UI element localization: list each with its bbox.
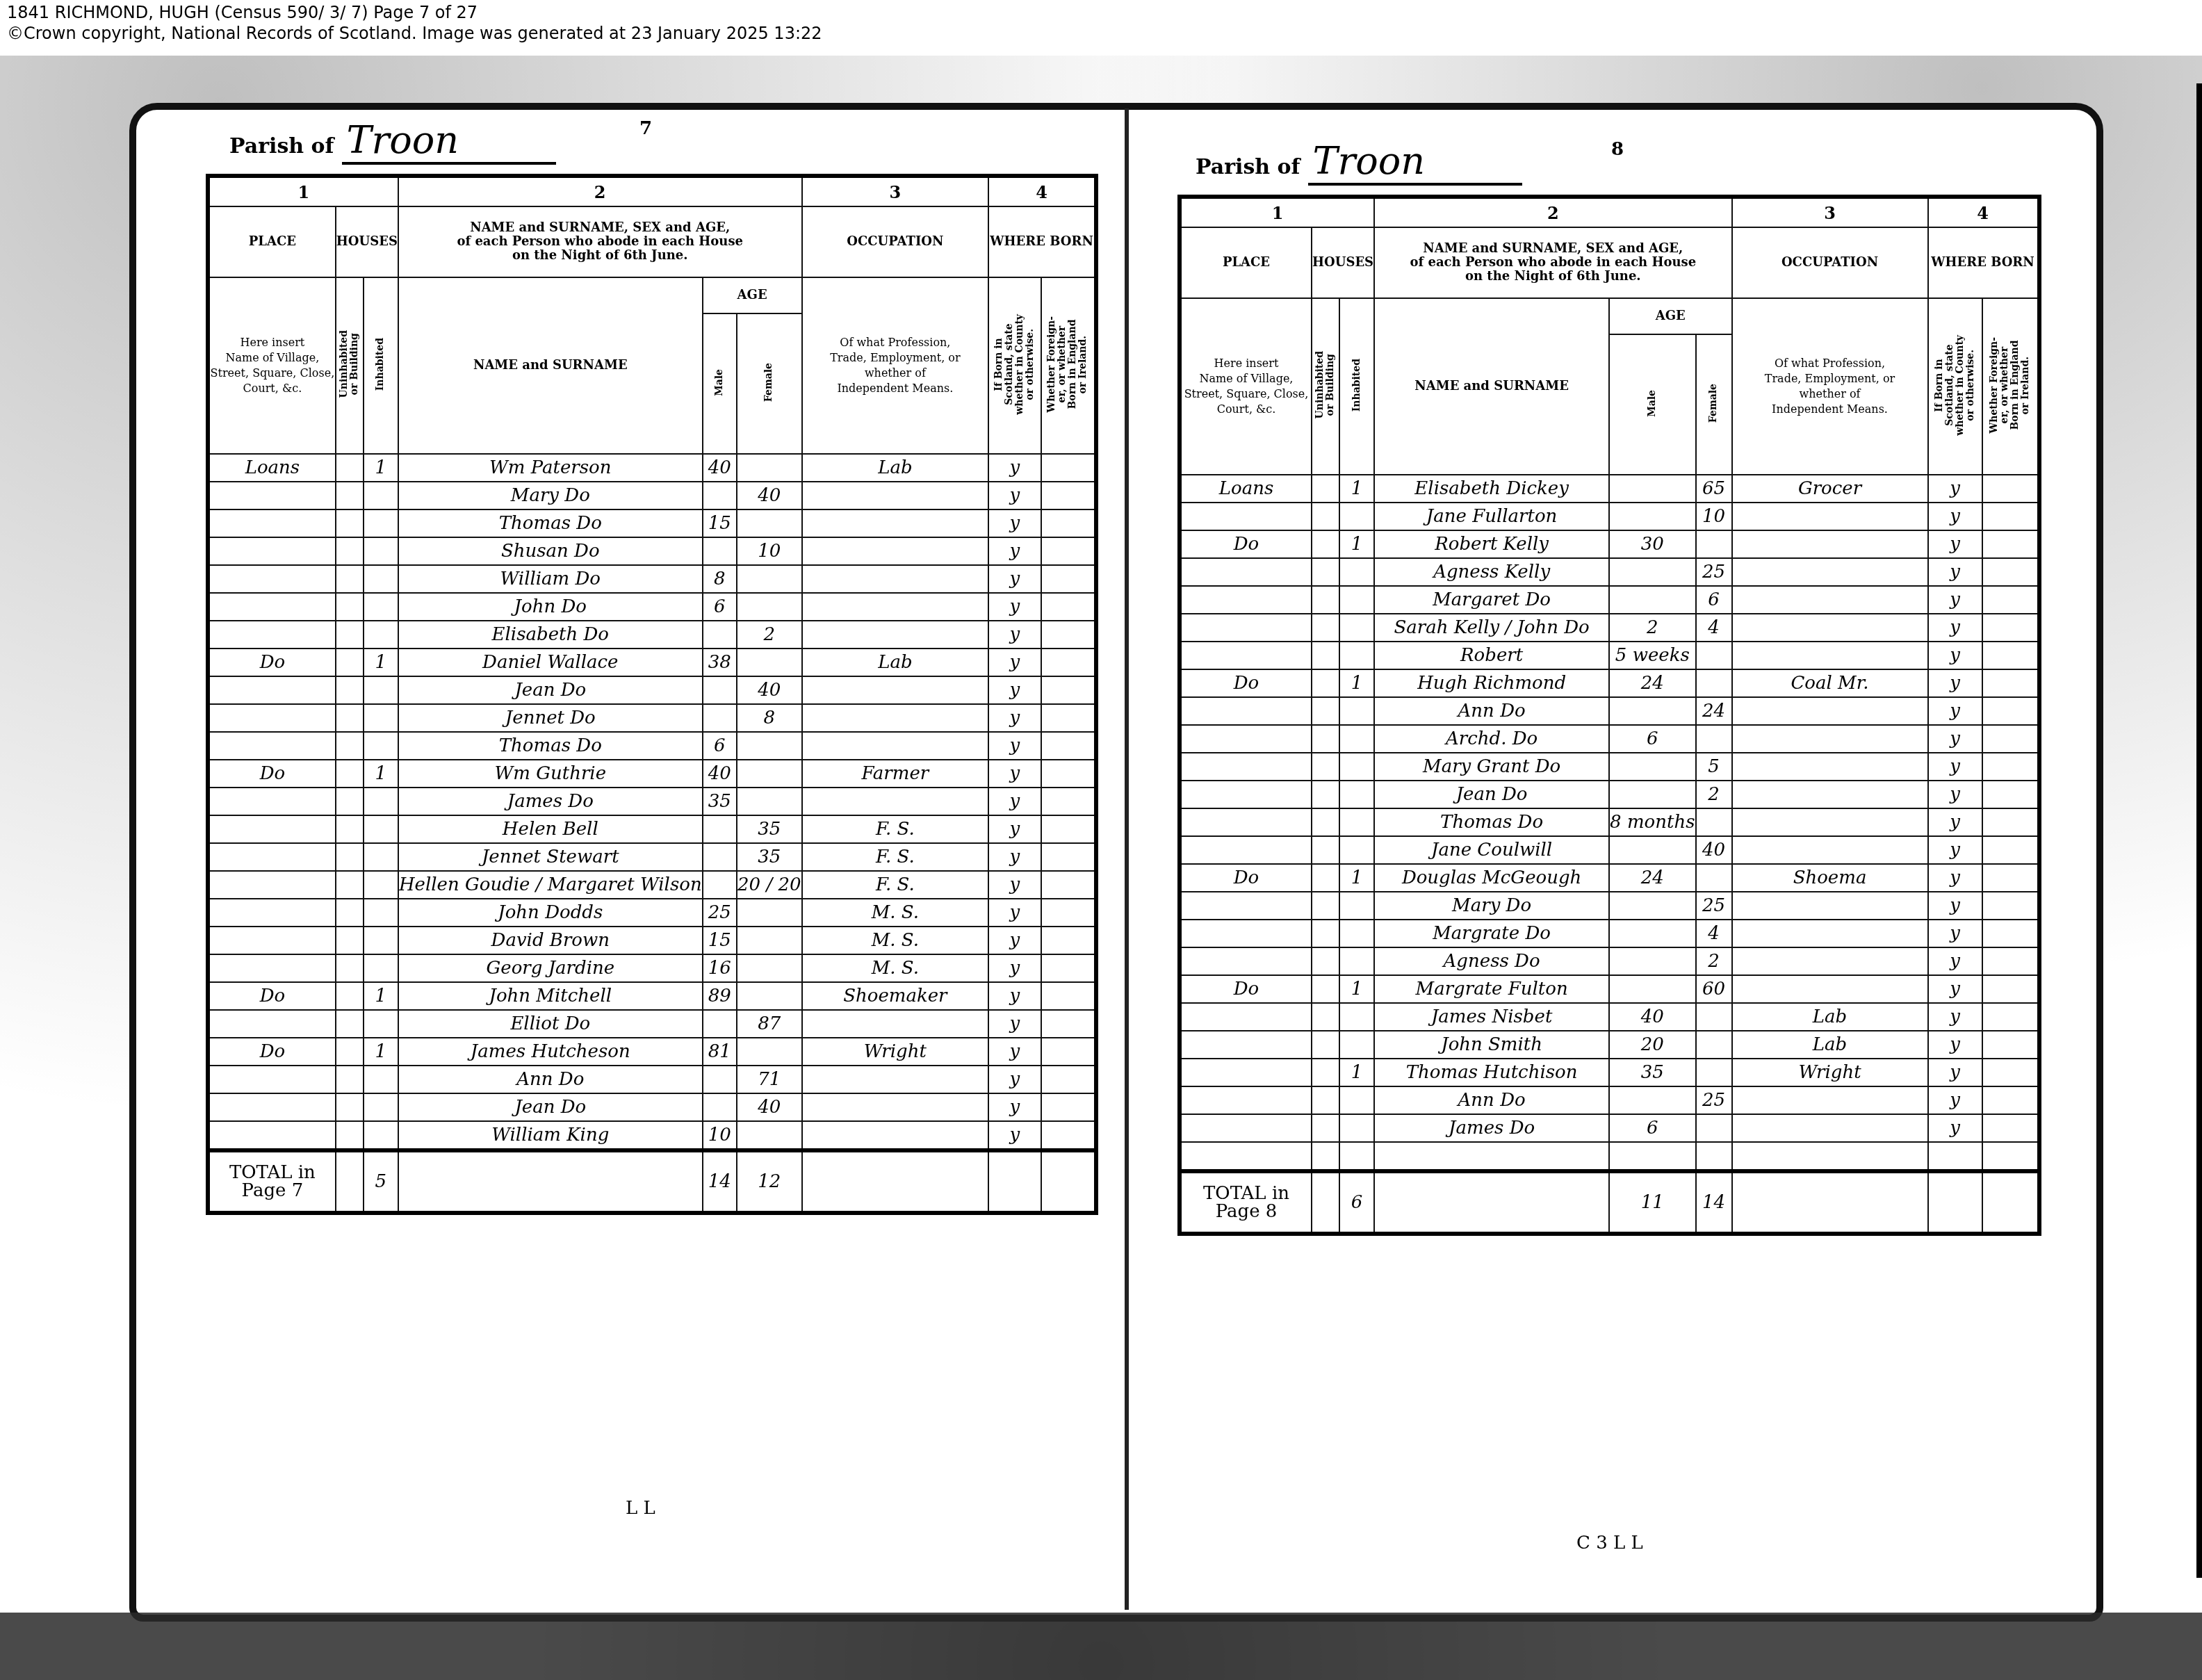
total-row: TOTAL in Page 861114 xyxy=(1180,1171,2039,1234)
born-in-county-cell: y xyxy=(1928,864,1982,892)
inhabited-cell xyxy=(364,1010,398,1038)
male-age-cell xyxy=(1609,1086,1695,1114)
occupation-cell xyxy=(1732,836,1928,864)
total-uninhabited xyxy=(336,1150,364,1213)
born-in-county-cell: y xyxy=(988,815,1041,843)
occupation-cell xyxy=(1732,503,1928,530)
male-age-cell xyxy=(703,482,737,509)
total-male: 11 xyxy=(1609,1171,1695,1234)
occupation-cell xyxy=(802,537,989,565)
occupation-cell: Shoemaker xyxy=(802,982,989,1010)
female-age-cell: 25 xyxy=(1696,892,1732,920)
born-foreign-cell xyxy=(1041,871,1096,899)
uninhabited-cell xyxy=(1312,975,1339,1003)
total-inhabited: 5 xyxy=(364,1150,398,1213)
name-cell: David Brown xyxy=(398,927,703,954)
occupation-cell xyxy=(802,704,989,732)
female-age-cell: 20 / 20 xyxy=(737,871,801,899)
male-age-cell xyxy=(1609,475,1695,503)
occupation-cell xyxy=(802,1093,989,1121)
born-in-county-cell: y xyxy=(1928,892,1982,920)
place-cell xyxy=(208,482,336,509)
census-row: Agness Do2y xyxy=(1180,947,2039,975)
male-age-cell xyxy=(1609,975,1695,1003)
occupation-cell: Grocer xyxy=(1732,475,1928,503)
male-age-cell xyxy=(1609,781,1695,808)
place-cell xyxy=(208,1093,336,1121)
born-in-county-cell: y xyxy=(988,843,1041,871)
born-foreign-cell xyxy=(1982,475,2039,503)
uninhabited-cell xyxy=(336,732,364,760)
female-age-cell xyxy=(737,899,801,927)
name-cell: Elliot Do xyxy=(398,1010,703,1038)
inhabited-cell xyxy=(364,927,398,954)
place-cell xyxy=(1180,781,1312,808)
place-cell: Do xyxy=(1180,669,1312,697)
born-foreign-cell xyxy=(1041,788,1096,815)
occupation-cell xyxy=(1732,947,1928,975)
born-foreign-cell xyxy=(1041,760,1096,788)
place-cell xyxy=(208,899,336,927)
born-in-county-cell: y xyxy=(1928,975,1982,1003)
total-female: 14 xyxy=(1696,1171,1732,1234)
born-in-county-cell: y xyxy=(1928,475,1982,503)
born-in-county-cell: y xyxy=(988,704,1041,732)
uninhabited-cell xyxy=(1312,725,1339,753)
place-cell xyxy=(208,1066,336,1093)
name-cell: Shusan Do xyxy=(398,537,703,565)
male-age-cell: 6 xyxy=(703,593,737,621)
name-cell: Ann Do xyxy=(398,1066,703,1093)
place-cell xyxy=(208,509,336,537)
total-occupation-blank xyxy=(802,1150,989,1213)
uninhabited-cell xyxy=(336,954,364,982)
uninhabited-cell xyxy=(336,676,364,704)
occupation-cell xyxy=(1732,1142,1928,1171)
inhabited-cell xyxy=(1339,781,1374,808)
place-cell xyxy=(1180,1003,1312,1031)
occupation-cell: F. S. xyxy=(802,843,989,871)
name-cell: Jane Fullarton xyxy=(1374,503,1609,530)
uninhabited-cell xyxy=(1312,753,1339,781)
census-row: Jane Fullarton10y xyxy=(1180,503,2039,530)
occupation-cell xyxy=(802,1121,989,1150)
inhabited-cell xyxy=(364,843,398,871)
uninhabited-cell xyxy=(336,871,364,899)
female-age-cell xyxy=(1696,530,1732,558)
total-inhabited: 6 xyxy=(1339,1171,1374,1234)
male-age-cell xyxy=(703,621,737,649)
copyright-notice: ©Crown copyright, National Records of Sc… xyxy=(7,24,822,43)
census-row: Mary Do25y xyxy=(1180,892,2039,920)
place-cell: Loans xyxy=(1180,475,1312,503)
male-age-cell xyxy=(703,871,737,899)
place-cell xyxy=(1180,614,1312,642)
census-row: Agness Kelly25y xyxy=(1180,558,2039,586)
male-age-cell: 35 xyxy=(1609,1059,1695,1086)
occupation-cell xyxy=(802,676,989,704)
male-age-cell: 10 xyxy=(703,1121,737,1150)
uninhabited-cell xyxy=(336,760,364,788)
inhabited-header: Inhabited xyxy=(1339,298,1374,475)
born-in-county-cell: y xyxy=(988,899,1041,927)
inhabited-cell xyxy=(364,704,398,732)
houses-header: HOUSES xyxy=(336,206,398,277)
uninhabited-cell xyxy=(1312,586,1339,614)
inhabited-cell xyxy=(1339,558,1374,586)
parish-heading: Parish ofTroon xyxy=(229,118,556,162)
born-foreign-cell xyxy=(1041,1093,1096,1121)
census-row: Jennet Do8y xyxy=(208,704,1096,732)
census-page-right: Parish ofTroon 8 1234PLACEHOUSESNAME and… xyxy=(1159,139,2056,1550)
female-age-cell xyxy=(737,593,801,621)
uninhabited-cell xyxy=(336,815,364,843)
inhabited-cell: 1 xyxy=(364,454,398,482)
inhabited-cell xyxy=(1339,808,1374,836)
inhabited-cell xyxy=(364,1066,398,1093)
place-cell xyxy=(208,1121,336,1150)
female-age-cell: 4 xyxy=(1696,920,1732,947)
born-foreign-cell xyxy=(1982,586,2039,614)
name-cell: Jean Do xyxy=(398,676,703,704)
total-name-blank xyxy=(398,1150,703,1213)
place-description: Here insert Name of Village, Street, Squ… xyxy=(208,277,336,454)
uninhabited-cell xyxy=(336,593,364,621)
uninhabited-cell xyxy=(336,1010,364,1038)
uninhabited-cell xyxy=(1312,1059,1339,1086)
place-cell xyxy=(208,621,336,649)
occupation-cell: Lab xyxy=(1732,1031,1928,1059)
male-header: Male xyxy=(703,313,737,454)
occupation-cell xyxy=(802,509,989,537)
where-born-header: WHERE BORN xyxy=(988,206,1096,277)
inhabited-cell xyxy=(1339,1142,1374,1171)
place-cell xyxy=(208,676,336,704)
born-in-county-cell: y xyxy=(1928,725,1982,753)
census-row: John Dodds25M. S.y xyxy=(208,899,1096,927)
male-age-cell xyxy=(703,537,737,565)
census-row xyxy=(1180,1142,2039,1171)
female-age-cell xyxy=(737,954,801,982)
occupation-cell xyxy=(1732,614,1928,642)
place-cell xyxy=(1180,642,1312,669)
name-cell: Robert Kelly xyxy=(1374,530,1609,558)
place-description: Here insert Name of Village, Street, Squ… xyxy=(1180,298,1312,475)
occupation-cell xyxy=(1732,753,1928,781)
uninhabited-cell xyxy=(336,704,364,732)
male-age-cell: 40 xyxy=(703,760,737,788)
born-foreign-cell xyxy=(1982,864,2039,892)
female-age-cell xyxy=(1696,725,1732,753)
female-header: Female xyxy=(737,313,801,454)
name-cell: William Do xyxy=(398,565,703,593)
place-cell xyxy=(1180,1031,1312,1059)
place-cell xyxy=(208,815,336,843)
male-age-cell: 20 xyxy=(1609,1031,1695,1059)
born-in-county-cell: y xyxy=(988,593,1041,621)
uninhabited-cell xyxy=(336,482,364,509)
born-foreign-cell xyxy=(1982,1086,2039,1114)
census-row: Hellen Goudie / Margaret Wilson20 / 20F.… xyxy=(208,871,1096,899)
occupation-cell: Lab xyxy=(1732,1003,1928,1031)
occupation-cell: F. S. xyxy=(802,815,989,843)
name-cell xyxy=(1374,1142,1609,1171)
place-cell xyxy=(1180,586,1312,614)
census-row: Do1Hugh Richmond24Coal Mr.y xyxy=(1180,669,2039,697)
born-foreign-cell xyxy=(1041,899,1096,927)
born-foreign-cell xyxy=(1041,982,1096,1010)
place-cell xyxy=(208,704,336,732)
born-in-county-cell: y xyxy=(1928,586,1982,614)
born-foreign-cell xyxy=(1982,836,2039,864)
male-age-cell xyxy=(1609,836,1695,864)
place-cell xyxy=(1180,808,1312,836)
uninhabited-cell xyxy=(336,649,364,676)
uninhabited-cell xyxy=(1312,1031,1339,1059)
born-in-county-cell: y xyxy=(1928,808,1982,836)
place-cell xyxy=(208,927,336,954)
born-in-county-cell: y xyxy=(1928,1059,1982,1086)
female-age-cell: 87 xyxy=(737,1010,801,1038)
male-header: Male xyxy=(1609,334,1695,475)
inhabited-header: Inhabited xyxy=(364,277,398,454)
page-number: 8 xyxy=(1611,139,1624,160)
inhabited-cell xyxy=(364,732,398,760)
uninhabited-cell xyxy=(336,927,364,954)
male-age-cell: 16 xyxy=(703,954,737,982)
occupation-cell: Coal Mr. xyxy=(1732,669,1928,697)
name-cell: Thomas Hutchison xyxy=(1374,1059,1609,1086)
born-in-county-cell: y xyxy=(988,1038,1041,1066)
total-male: 14 xyxy=(703,1150,737,1213)
name-cell: Robert xyxy=(1374,642,1609,669)
where-born-header: WHERE BORN xyxy=(1928,227,2039,298)
column-number: 2 xyxy=(398,176,802,206)
female-age-cell xyxy=(737,509,801,537)
place-cell xyxy=(1180,892,1312,920)
column-number: 3 xyxy=(802,176,989,206)
name-cell: Elisabeth Do xyxy=(398,621,703,649)
occupation-cell xyxy=(1732,781,1928,808)
total-born-blank xyxy=(1928,1171,1982,1234)
male-age-cell: 89 xyxy=(703,982,737,1010)
inhabited-cell xyxy=(1339,503,1374,530)
born-foreign-cell xyxy=(1041,676,1096,704)
female-age-cell xyxy=(737,454,801,482)
column-number: 4 xyxy=(1928,197,2039,227)
place-cell xyxy=(208,1010,336,1038)
uninhabited-cell xyxy=(1312,475,1339,503)
book-spine xyxy=(1125,108,1129,1610)
born-foreign-cell xyxy=(1041,593,1096,621)
place-cell xyxy=(1180,503,1312,530)
inhabited-cell xyxy=(364,676,398,704)
inhabited-cell xyxy=(1339,1031,1374,1059)
uninhabited-cell xyxy=(1312,697,1339,725)
born-foreign-cell xyxy=(1982,1031,2039,1059)
place-cell xyxy=(208,871,336,899)
census-table: 1234PLACEHOUSESNAME and SURNAME, SEX and… xyxy=(1177,195,2041,1236)
inhabited-cell xyxy=(364,954,398,982)
occupation-description: Of what Profession, Trade, Employment, o… xyxy=(1732,298,1928,475)
born-in-county-cell: y xyxy=(988,1010,1041,1038)
male-age-cell: 6 xyxy=(1609,1114,1695,1142)
parish-name: Troon xyxy=(1308,139,1522,186)
inhabited-cell: 1 xyxy=(1339,975,1374,1003)
column-number: 1 xyxy=(208,176,398,206)
uninhabited-cell xyxy=(1312,836,1339,864)
inhabited-cell: 1 xyxy=(364,649,398,676)
name-cell: Margrate Fulton xyxy=(1374,975,1609,1003)
occupation-cell xyxy=(802,482,989,509)
male-age-cell: 8 months xyxy=(1609,808,1695,836)
female-age-cell: 8 xyxy=(737,704,801,732)
born-foreign-cell xyxy=(1041,621,1096,649)
male-age-cell xyxy=(703,1093,737,1121)
census-row: Elliot Do87y xyxy=(208,1010,1096,1038)
census-row: Elisabeth Do2y xyxy=(208,621,1096,649)
parish-name: Troon xyxy=(342,118,556,165)
place-cell: Do xyxy=(208,1038,336,1066)
occupation-cell xyxy=(1732,920,1928,947)
place-cell xyxy=(1180,1114,1312,1142)
census-row: William King10y xyxy=(208,1121,1096,1150)
female-age-cell xyxy=(737,565,801,593)
female-age-cell: 2 xyxy=(737,621,801,649)
female-age-cell: 25 xyxy=(1696,558,1732,586)
census-row: Jane Coulwill40y xyxy=(1180,836,2039,864)
occupation-description: Of what Profession, Trade, Employment, o… xyxy=(802,277,989,454)
female-age-cell: 25 xyxy=(1696,1086,1732,1114)
born-in-county-cell: y xyxy=(1928,836,1982,864)
born-in-county-cell: y xyxy=(1928,503,1982,530)
male-age-cell xyxy=(703,704,737,732)
name-cell: Ann Do xyxy=(1374,697,1609,725)
born-in-county-cell: y xyxy=(988,982,1041,1010)
census-row: Sarah Kelly / John Do24y xyxy=(1180,614,2039,642)
column-number: 2 xyxy=(1374,197,1731,227)
total-label: TOTAL in Page 7 xyxy=(208,1150,336,1213)
female-age-cell xyxy=(1696,669,1732,697)
place-cell: Do xyxy=(1180,530,1312,558)
name-cell: Jennet Do xyxy=(398,704,703,732)
total-born-blank xyxy=(988,1150,1041,1213)
female-age-cell xyxy=(737,1038,801,1066)
place-cell xyxy=(1180,1142,1312,1171)
female-age-cell: 40 xyxy=(737,482,801,509)
occupation-cell xyxy=(1732,725,1928,753)
male-age-cell xyxy=(1609,697,1695,725)
female-age-cell xyxy=(1696,1142,1732,1171)
inhabited-cell xyxy=(1339,642,1374,669)
name-cell: James Do xyxy=(398,788,703,815)
occupation-cell xyxy=(1732,642,1928,669)
uninhabited-cell xyxy=(1312,669,1339,697)
male-age-cell: 30 xyxy=(1609,530,1695,558)
born-foreign-cell xyxy=(1041,1010,1096,1038)
name-cell: Mary Do xyxy=(398,482,703,509)
occupation-cell xyxy=(1732,892,1928,920)
census-row: Do1Daniel Wallace38Laby xyxy=(208,649,1096,676)
place-cell xyxy=(208,954,336,982)
census-row: Robert5 weeksy xyxy=(1180,642,2039,669)
male-age-cell: 5 weeks xyxy=(1609,642,1695,669)
born-foreign-cell xyxy=(1982,669,2039,697)
place-cell xyxy=(1180,836,1312,864)
page-number: 7 xyxy=(639,118,652,139)
born-in-county-cell: y xyxy=(988,927,1041,954)
name-cell: Elisabeth Dickey xyxy=(1374,475,1609,503)
female-age-cell: 2 xyxy=(1696,781,1732,808)
name-cell: James Nisbet xyxy=(1374,1003,1609,1031)
census-row: Mary Do40y xyxy=(208,482,1096,509)
born-foreign-cell xyxy=(1041,565,1096,593)
uninhabited-label: Uninhabited or Building xyxy=(1315,351,1336,418)
female-age-cell xyxy=(737,760,801,788)
name-cell: Archd. Do xyxy=(1374,725,1609,753)
inhabited-cell xyxy=(1339,920,1374,947)
male-age-cell xyxy=(1609,947,1695,975)
female-age-cell xyxy=(737,927,801,954)
inhabited-cell xyxy=(364,621,398,649)
name-header: NAME and SURNAME, SEX and AGE, of each P… xyxy=(1374,227,1731,298)
column-number: 1 xyxy=(1180,197,1374,227)
name-cell: Thomas Do xyxy=(398,732,703,760)
parish-label: Parish of xyxy=(229,134,334,158)
female-label: Female xyxy=(1708,384,1719,423)
born-in-county-cell xyxy=(1928,1142,1982,1171)
name-cell: Mary Grant Do xyxy=(1374,753,1609,781)
occupation-cell xyxy=(802,1010,989,1038)
census-row: Thomas Do15y xyxy=(208,509,1096,537)
place-cell: Loans xyxy=(208,454,336,482)
born-foreign-cell xyxy=(1982,614,2039,642)
inhabited-label: Inhabited xyxy=(375,338,386,391)
name-cell: Daniel Wallace xyxy=(398,649,703,676)
uninhabited-header: Uninhabited or Building xyxy=(336,277,364,454)
uninhabited-cell xyxy=(336,509,364,537)
born-foreign-cell xyxy=(1041,843,1096,871)
census-row: Mary Grant Do5y xyxy=(1180,753,2039,781)
born-foreign-header: Whether Foreign- er, or whether Born in … xyxy=(1041,277,1096,454)
born-scotland-header: If Born in Scotland, state whether in Co… xyxy=(988,277,1041,454)
uninhabited-cell xyxy=(336,1093,364,1121)
born-foreign-cell xyxy=(1982,697,2039,725)
name-cell: Agness Do xyxy=(1374,947,1609,975)
male-age-cell xyxy=(1609,1142,1695,1171)
census-row: Ann Do71y xyxy=(208,1066,1096,1093)
male-age-cell xyxy=(1609,920,1695,947)
name-cell: John Smith xyxy=(1374,1031,1609,1059)
place-cell: Do xyxy=(208,982,336,1010)
census-row: James Do35y xyxy=(208,788,1096,815)
record-title: 1841 RICHMOND, HUGH (Census 590/ 3/ 7) P… xyxy=(7,3,478,22)
male-age-cell xyxy=(1609,558,1695,586)
occupation-cell xyxy=(1732,530,1928,558)
inhabited-cell xyxy=(1339,1114,1374,1142)
census-row: Helen Bell35F. S.y xyxy=(208,815,1096,843)
inhabited-cell: 1 xyxy=(1339,1059,1374,1086)
born-in-county-cell: y xyxy=(988,1093,1041,1121)
inhabited-cell xyxy=(364,565,398,593)
occupation-header: OCCUPATION xyxy=(1732,227,1928,298)
inhabited-cell xyxy=(364,537,398,565)
census-row: James Do6y xyxy=(1180,1114,2039,1142)
place-cell: Do xyxy=(208,760,336,788)
male-age-cell: 81 xyxy=(703,1038,737,1066)
total-female: 12 xyxy=(737,1150,801,1213)
name-cell: Jean Do xyxy=(1374,781,1609,808)
